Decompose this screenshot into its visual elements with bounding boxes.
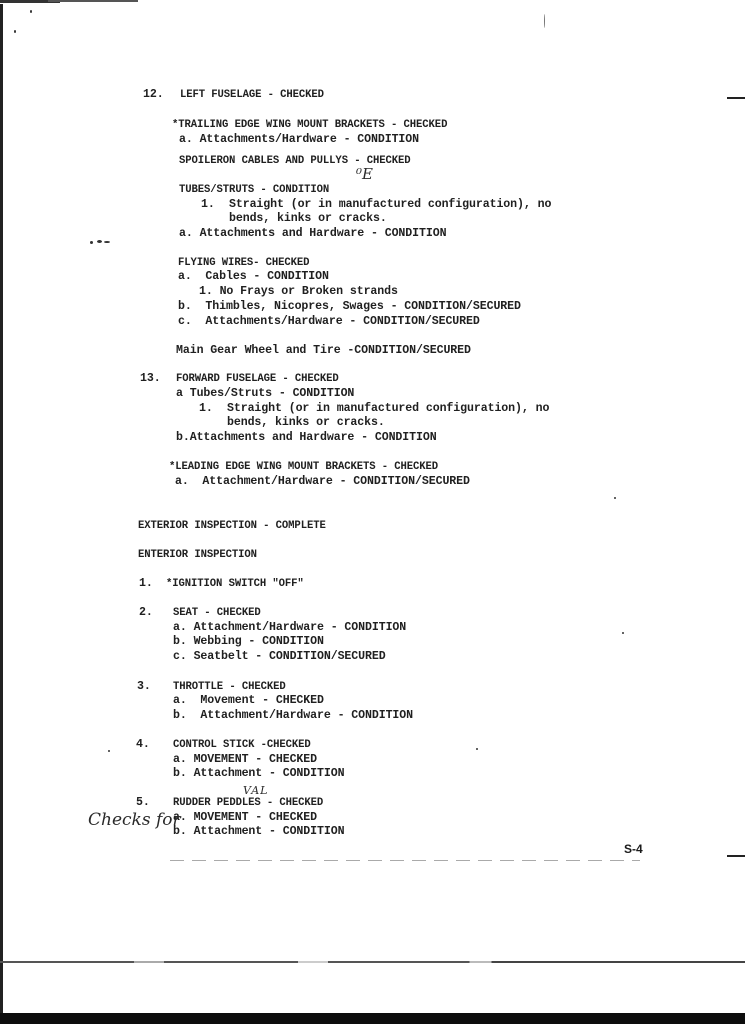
handwritten-oe: ⁰E: [356, 165, 373, 183]
trailing-edge-a: a. Attachments/Hardware - CONDITION: [179, 133, 419, 147]
tubes-heading: TUBES/STRUTS - CONDITION: [179, 183, 329, 197]
interior-item-4-sub-b: b. Attachment - CONDITION: [173, 767, 344, 781]
interior-item-2-sub-a: a. Attachment/Hardware - CONDITION: [173, 621, 406, 635]
item-13-number: 13.: [140, 372, 161, 386]
scan-speck: [622, 632, 624, 634]
item-12-title: LEFT FUSELAGE - CHECKED: [180, 88, 324, 102]
interior-item-5-sub-a: a. MOVEMENT - CHECKED: [173, 811, 317, 825]
scan-speck: [108, 750, 110, 752]
interior-item-3-sub-a: a. Movement - CHECKED: [173, 694, 324, 708]
scan-left-edge: [0, 4, 3, 1014]
item-13-a: a Tubes/Struts - CONDITION: [176, 387, 354, 401]
scan-fold-line: [0, 961, 745, 963]
exterior-complete: EXTERIOR INSPECTION - COMPLETE: [138, 519, 326, 533]
item-13-a1-number: 1.: [199, 402, 213, 416]
item-13-title: FORWARD FUSELAGE - CHECKED: [176, 372, 339, 386]
flying-wires-a: a. Cables - CONDITION: [178, 270, 329, 284]
scan-speck: [30, 10, 32, 13]
trailing-edge-heading: *TRAILING EDGE WING MOUNT BRACKETS - CHE…: [172, 118, 447, 132]
flying-wires-a1: 1. No Frays or Broken strands: [199, 285, 398, 299]
interior-item-2-number: 2.: [139, 606, 153, 620]
item-13-a1-line1: Straight (or in manufactured configurati…: [227, 402, 549, 416]
interior-item-4-sub-a: a. MOVEMENT - CHECKED: [173, 753, 317, 767]
scan-speck: [14, 30, 16, 33]
interior-item-3-sub-b: b. Attachment/Hardware - CONDITION: [173, 709, 413, 723]
scan-speck: [97, 240, 102, 243]
scan-bottom-edge: [0, 1013, 745, 1024]
scan-speck: [90, 241, 93, 244]
scan-speck: [544, 14, 545, 28]
interior-item-5-title: RUDDER PEDDLES - CHECKED: [173, 796, 323, 810]
tubes-1-line2: bends, kinks or cracks.: [229, 212, 387, 226]
item-13-b: b.Attachments and Hardware - CONDITION: [176, 431, 437, 445]
spoileron-line: SPOILERON CABLES AND PULLYS - CHECKED: [179, 154, 411, 168]
footer-rule: [170, 860, 640, 861]
interior-item-3-number: 3.: [137, 680, 151, 694]
scanned-page: 12. LEFT FUSELAGE - CHECKED *TRAILING ED…: [0, 0, 745, 1024]
scan-speck: [104, 241, 110, 243]
leading-edge-heading: *LEADING EDGE WING MOUNT BRACKETS - CHEC…: [169, 460, 438, 474]
flying-wires-c: c. Attachments/Hardware - CONDITION/SECU…: [178, 315, 480, 329]
item-12-number: 12.: [143, 88, 164, 102]
tubes-1-number: 1.: [201, 198, 215, 212]
page-number: S-4: [624, 842, 643, 856]
interior-item-4-number: 4.: [136, 738, 150, 752]
main-gear-line: Main Gear Wheel and Tire -CONDITION/SECU…: [176, 344, 471, 358]
tubes-1-line1: Straight (or in manufactured configurati…: [229, 198, 551, 212]
item-13-a1-line2: bends, kinks or cracks.: [227, 416, 385, 430]
leading-edge-a: a. Attachment/Hardware - CONDITION/SECUR…: [175, 475, 470, 489]
handwritten-checks-for: Checks for: [88, 810, 181, 830]
flying-wires-heading: FLYING WIRES- CHECKED: [178, 256, 309, 270]
scan-speck: [614, 497, 616, 499]
flying-wires-b: b. Thimbles, Nicopres, Swages - CONDITIO…: [178, 300, 521, 314]
interior-item-2-sub-b: b. Webbing - CONDITION: [173, 635, 324, 649]
margin-mark: [727, 97, 745, 99]
interior-item-1-number: 1.: [139, 577, 153, 591]
margin-mark: [727, 855, 745, 857]
tubes-a: a. Attachments and Hardware - CONDITION: [179, 227, 446, 241]
interior-item-2-sub-c: c. Seatbelt - CONDITION/SECURED: [173, 650, 386, 664]
scan-speck: [476, 748, 478, 750]
interior-item-2-title: SEAT - CHECKED: [173, 606, 261, 620]
scan-top-edge-mark: [48, 0, 138, 2]
interior-item-5-sub-b: b. Attachment - CONDITION: [173, 825, 344, 839]
interior-item-4-title: CONTROL STICK -CHECKED: [173, 738, 311, 752]
interior-item-3-title: THROTTLE - CHECKED: [173, 680, 286, 694]
enterior-heading: ENTERIOR INSPECTION: [138, 548, 257, 562]
interior-item-5-number: 5.: [136, 796, 150, 810]
interior-item-1-title: *IGNITION SWITCH "OFF": [166, 577, 304, 591]
